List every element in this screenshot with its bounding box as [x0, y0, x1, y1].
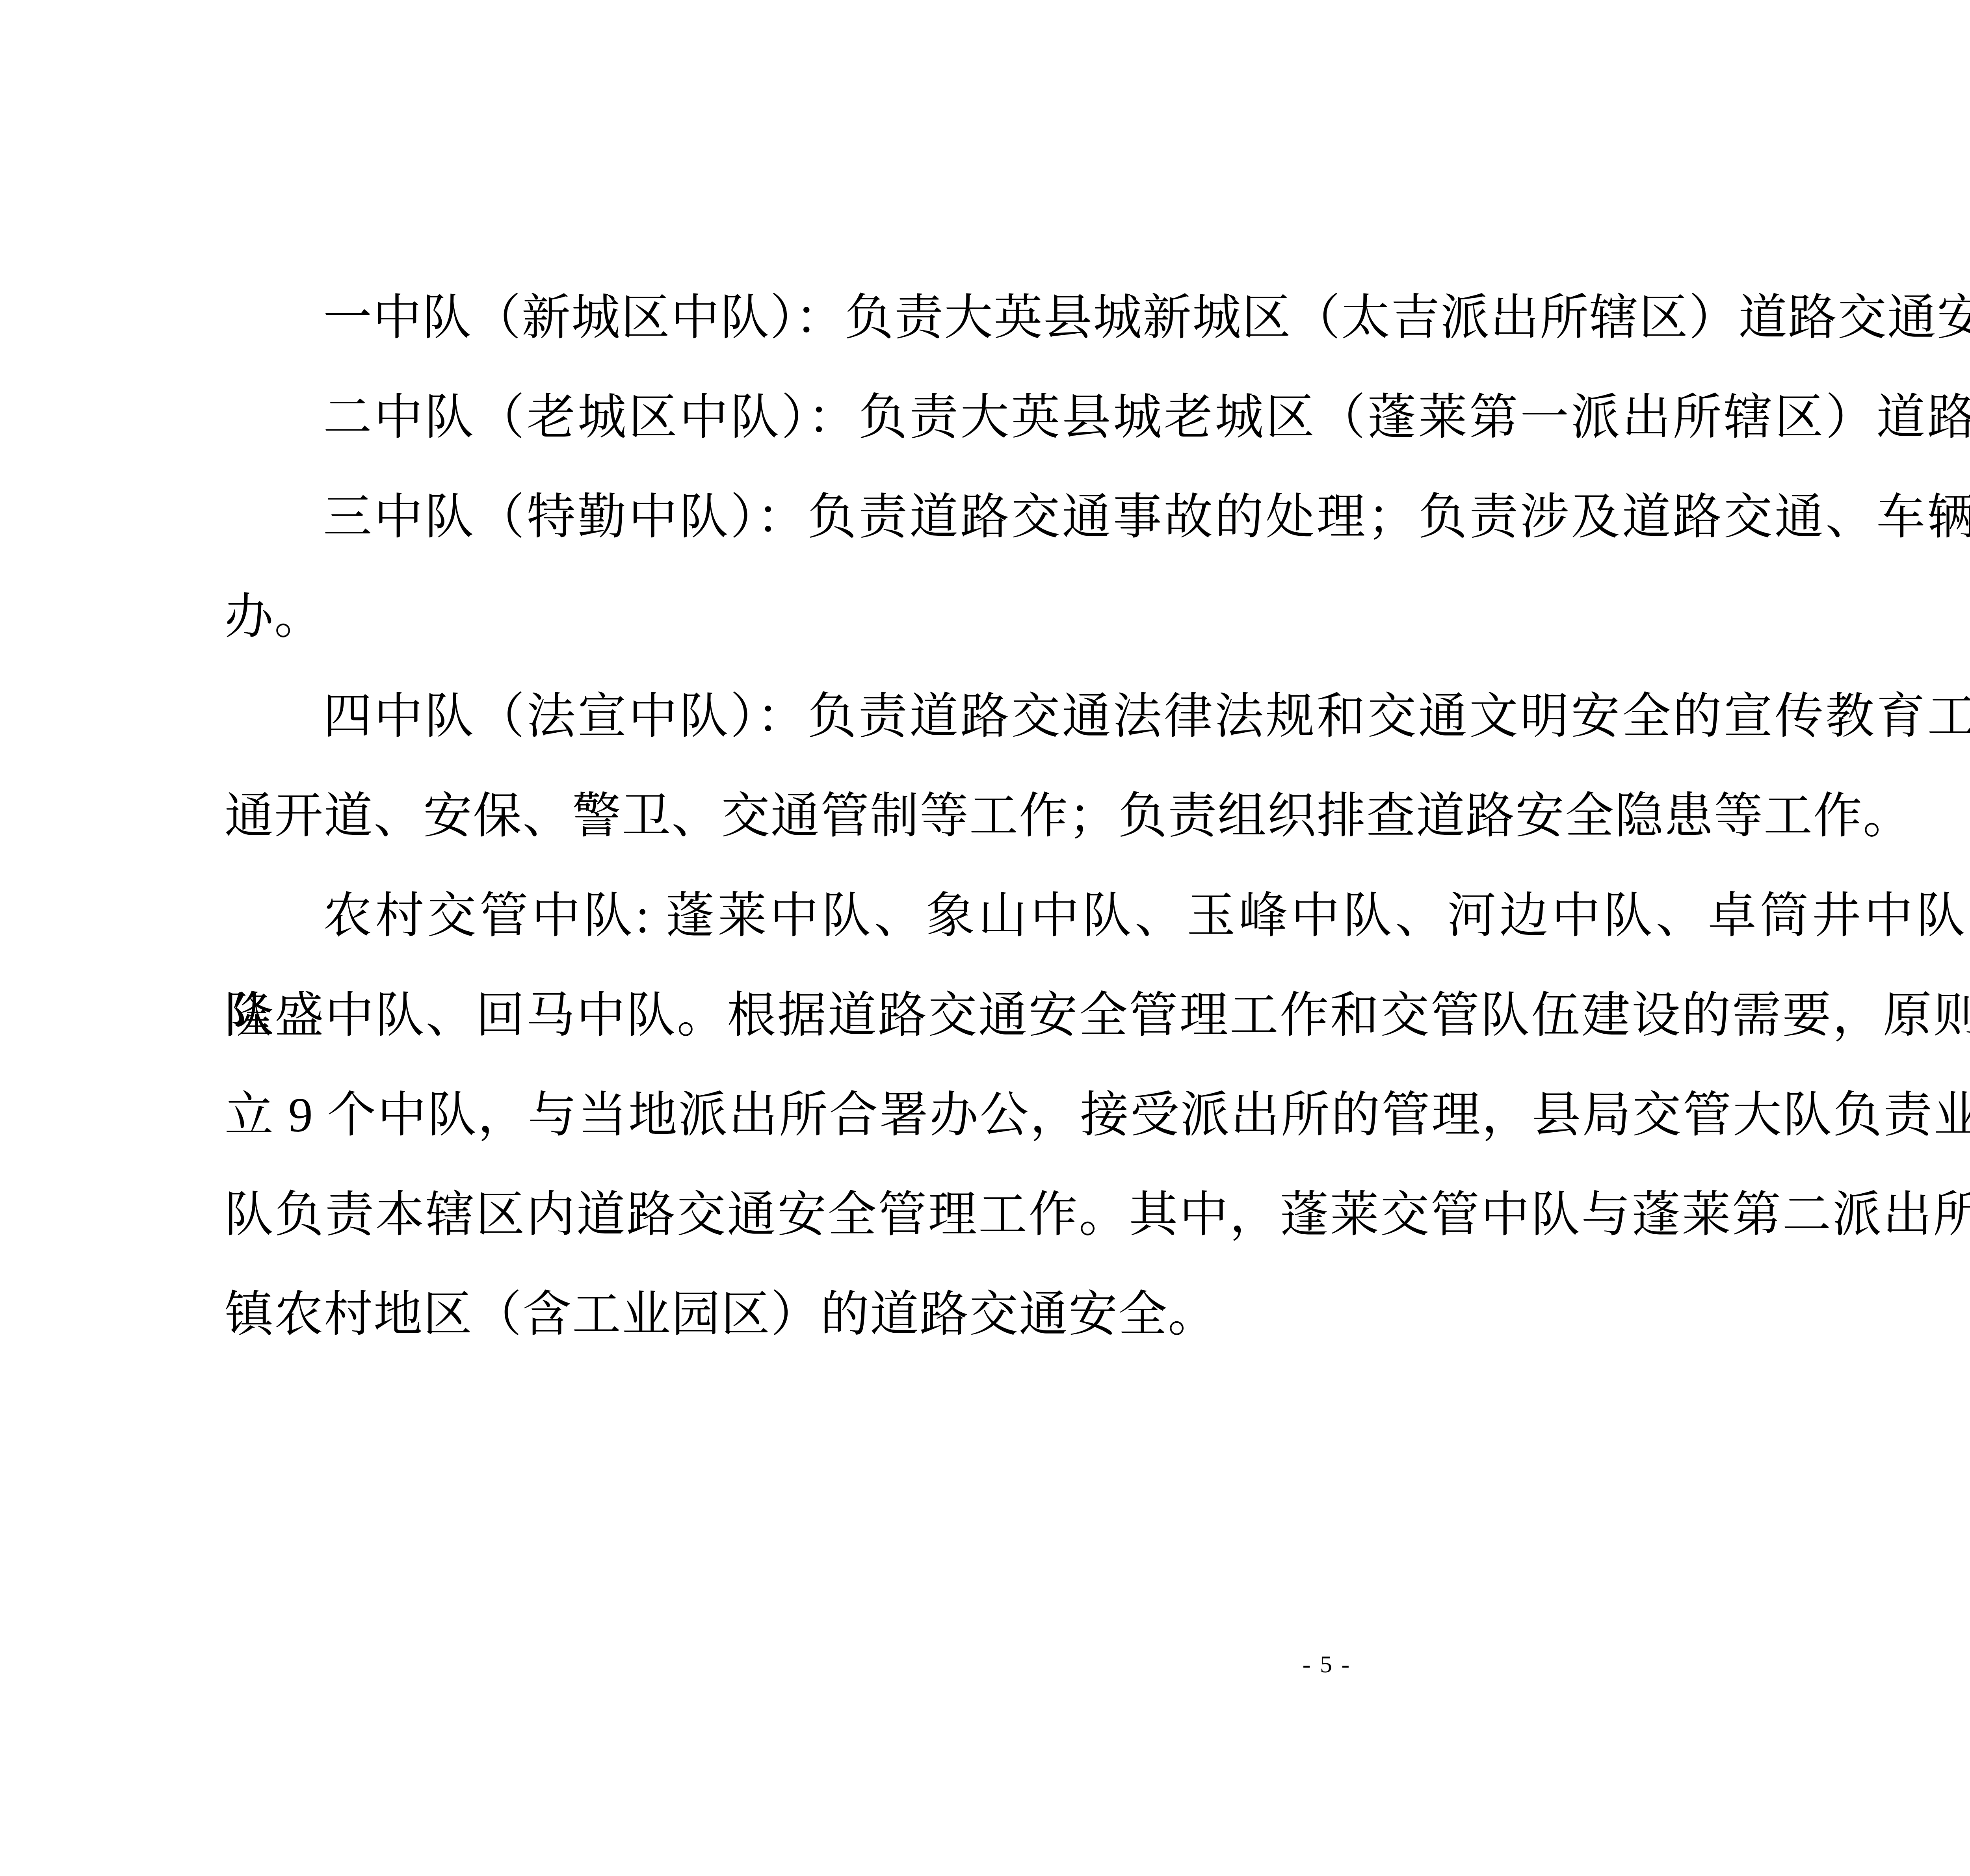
text-line: 农村交管中队: 蓬莱中队、象山中队、玉峰中队、河边中队、卓筒井中队、天保中队、金… — [225, 866, 1970, 966]
text-line: 三中队（特勤中队）：负责道路交通事故的处理；负责涉及道路交通、车辆等方面刑事案件… — [225, 467, 1970, 567]
text-line: 二中队（老城区中队）：负责大英县城老城区（蓬莱第一派出所辖区）道路交通安全管理工… — [225, 368, 1970, 467]
text-line: 办。 — [225, 567, 1970, 667]
page-number: - 5 - — [0, 1649, 1970, 1680]
text-line: 队负责本辖区内道路交通安全管理工作。其中，蓬莱交管中队与蓬莱第二派出所合署办公，… — [225, 1165, 1970, 1265]
text-line: 四中队（法宣中队）：负责道路交通法律法规和交通文明安全的宣传教育工作；负责组织道… — [225, 667, 1970, 766]
document-body-text: 一中队（新城区中队）：负责大英县城新城区（太吉派出所辖区）道路交通安全管理工作。… — [225, 268, 1970, 1364]
text-line: 镇农村地区（含工业园区）的道路交通安全。 — [225, 1265, 1970, 1364]
text-line: 一中队（新城区中队）：负责大英县城新城区（太吉派出所辖区）道路交通安全管理工作。 — [225, 268, 1970, 368]
document-page: 一中队（新城区中队）：负责大英县城新城区（太吉派出所辖区）道路交通安全管理工作。… — [0, 0, 1970, 1876]
text-line: 通开道、安保、警卫、交通管制等工作；负责组织排查道路安全隐患等工作。 — [225, 766, 1970, 866]
text-line: 立 9 个中队，与当地派出所合署办公，接受派出所的管理，县局交管大队负责业务指导… — [225, 1065, 1970, 1165]
text-line: 隆盛中队、回马中队。根据道路交通安全管理工作和交管队伍建设的需要，原则上按乡镇地… — [225, 966, 1970, 1065]
